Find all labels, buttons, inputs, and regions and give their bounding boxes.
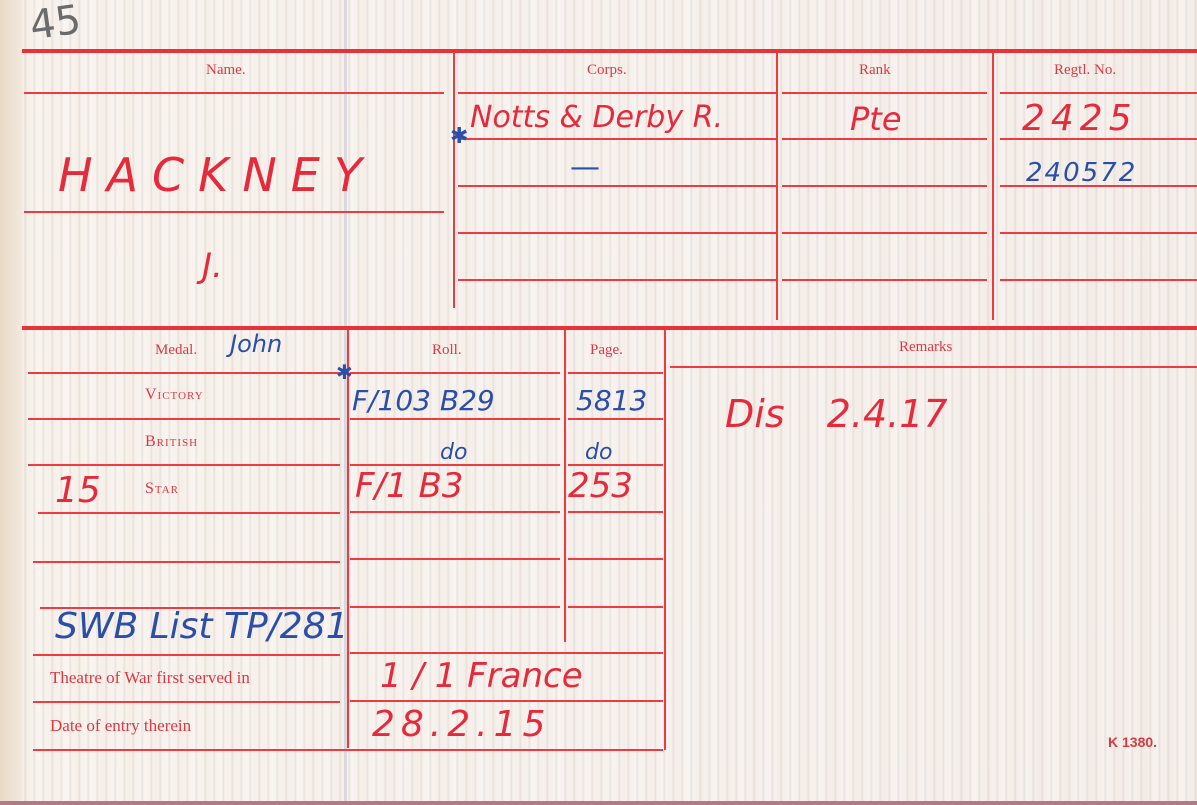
swb-list-note: SWB List TP/281 — [55, 606, 349, 647]
section-divider-line — [22, 326, 1197, 330]
medal-index-card: 45 Name. Corps. Rank Regtl. No. HACKNEY … — [0, 0, 1197, 805]
card-left-edge — [0, 0, 22, 805]
roll-star: F/1 B3 — [355, 466, 463, 506]
page-star: 253 — [568, 466, 633, 506]
entry-date-value: 28.2.15 — [372, 704, 551, 745]
header-remarks: Remarks — [899, 339, 952, 356]
rule — [1000, 279, 1197, 281]
medal-label-victory: Victory — [145, 386, 204, 404]
rule — [782, 138, 987, 140]
column-divider — [664, 330, 666, 750]
rule — [782, 185, 987, 187]
column-divider — [992, 52, 994, 320]
forename-note: John — [230, 330, 282, 358]
page-british: do — [585, 440, 612, 465]
roll-victory: F/103 B29 — [352, 384, 495, 417]
rule — [350, 511, 560, 513]
card-number-pencil: 45 — [27, 0, 84, 49]
rule — [350, 558, 560, 560]
regtl-no-secondary: 240572 — [1026, 158, 1137, 188]
medal-label-british: British — [145, 433, 198, 451]
theatre-label: Theatre of War first served in — [50, 668, 250, 688]
rule — [24, 211, 444, 213]
card-bottom-edge — [0, 801, 1197, 805]
column-divider — [564, 330, 566, 642]
rule — [33, 749, 663, 751]
rule — [458, 138, 776, 140]
surname: HACKNEY — [58, 148, 376, 202]
rule — [568, 606, 663, 608]
rule — [24, 92, 444, 94]
header-roll: Roll. — [432, 342, 462, 359]
entry-date-label: Date of entry therein — [50, 716, 191, 736]
rule — [782, 232, 987, 234]
rule — [782, 279, 987, 281]
rule — [33, 654, 340, 656]
rule — [350, 700, 663, 702]
header-rank: Rank — [859, 62, 891, 79]
rule — [1000, 92, 1197, 94]
header-name: Name. — [206, 62, 246, 79]
rule — [28, 372, 340, 374]
medal-label-star: Star — [145, 480, 179, 498]
star-prefix: 15 — [55, 470, 101, 511]
rule — [568, 418, 663, 420]
corps-secondary: — — [570, 150, 600, 185]
initial: J. — [202, 246, 223, 286]
rule — [568, 372, 663, 374]
header-medal: Medal. — [155, 342, 197, 359]
rank-value: Pte — [850, 100, 902, 138]
column-divider — [776, 52, 778, 320]
rule — [568, 558, 663, 560]
rule — [350, 652, 663, 654]
top-border-line — [22, 49, 1197, 53]
header-page: Page. — [590, 342, 623, 359]
rule — [458, 92, 776, 94]
rule — [568, 511, 663, 513]
rule — [350, 372, 560, 374]
rule — [350, 606, 560, 608]
regtl-no-primary: 2425 — [1022, 98, 1138, 139]
header-regtl-no: Regtl. No. — [1054, 62, 1116, 79]
corps-primary: Notts & Derby R. — [470, 100, 723, 135]
asterisk-mark: ✱ — [336, 360, 353, 384]
rule — [33, 561, 340, 563]
header-corps: Corps. — [587, 62, 627, 79]
rule — [33, 701, 340, 703]
remarks-value: Dis 2.4.17 — [725, 392, 948, 436]
rule — [28, 418, 340, 420]
rule — [458, 185, 776, 187]
rule — [782, 92, 987, 94]
rule — [1000, 232, 1197, 234]
page-victory: 5813 — [576, 384, 647, 417]
roll-british: do — [440, 440, 467, 465]
asterisk-mark: ✱ — [450, 124, 468, 149]
rule — [350, 418, 560, 420]
form-code: K 1380. — [1108, 734, 1157, 750]
rule — [458, 279, 776, 281]
rule — [38, 512, 340, 514]
rule — [28, 464, 340, 466]
column-divider — [453, 52, 455, 308]
rule — [670, 366, 1197, 368]
rule — [458, 232, 776, 234]
column-divider — [347, 330, 349, 748]
theatre-value: 1 / 1 France — [380, 656, 583, 696]
